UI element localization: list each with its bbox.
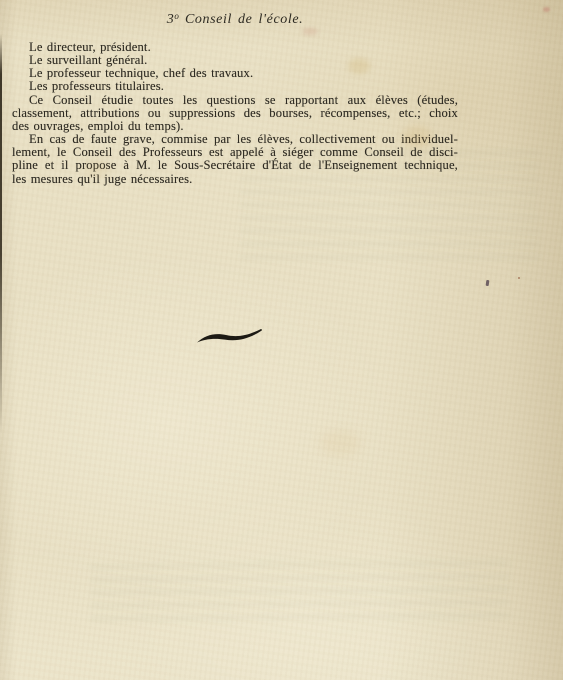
text-line: Ce Conseil étudie toutes les questions s…	[12, 94, 458, 107]
section-ordinal: o	[174, 11, 179, 21]
book-page: 3o Conseil de l'école. Le directeur, pré…	[0, 0, 563, 680]
section-title: Conseil de l'école.	[185, 12, 303, 27]
body-text: Le directeur, président. Le surveillant …	[12, 41, 458, 186]
paper-stain	[302, 28, 318, 35]
text-line: classement, attributions ou suppressions…	[12, 107, 458, 120]
ink-fleck	[486, 280, 490, 286]
text-line: pline et il propose à M. le Sous-Secréta…	[12, 159, 458, 172]
paper-stain	[543, 7, 550, 12]
paper-stain	[320, 430, 360, 456]
text-line: Les professeurs titulaires.	[12, 80, 458, 93]
text-line: les mesures qu'il juge nécessaires.	[12, 173, 458, 186]
scan-edge-shadow	[0, 34, 2, 434]
divider-flourish-icon	[190, 322, 270, 348]
verso-showthrough	[90, 558, 511, 622]
section-heading: 3o Conseil de l'école.	[12, 8, 458, 28]
ink-fleck	[518, 277, 520, 279]
